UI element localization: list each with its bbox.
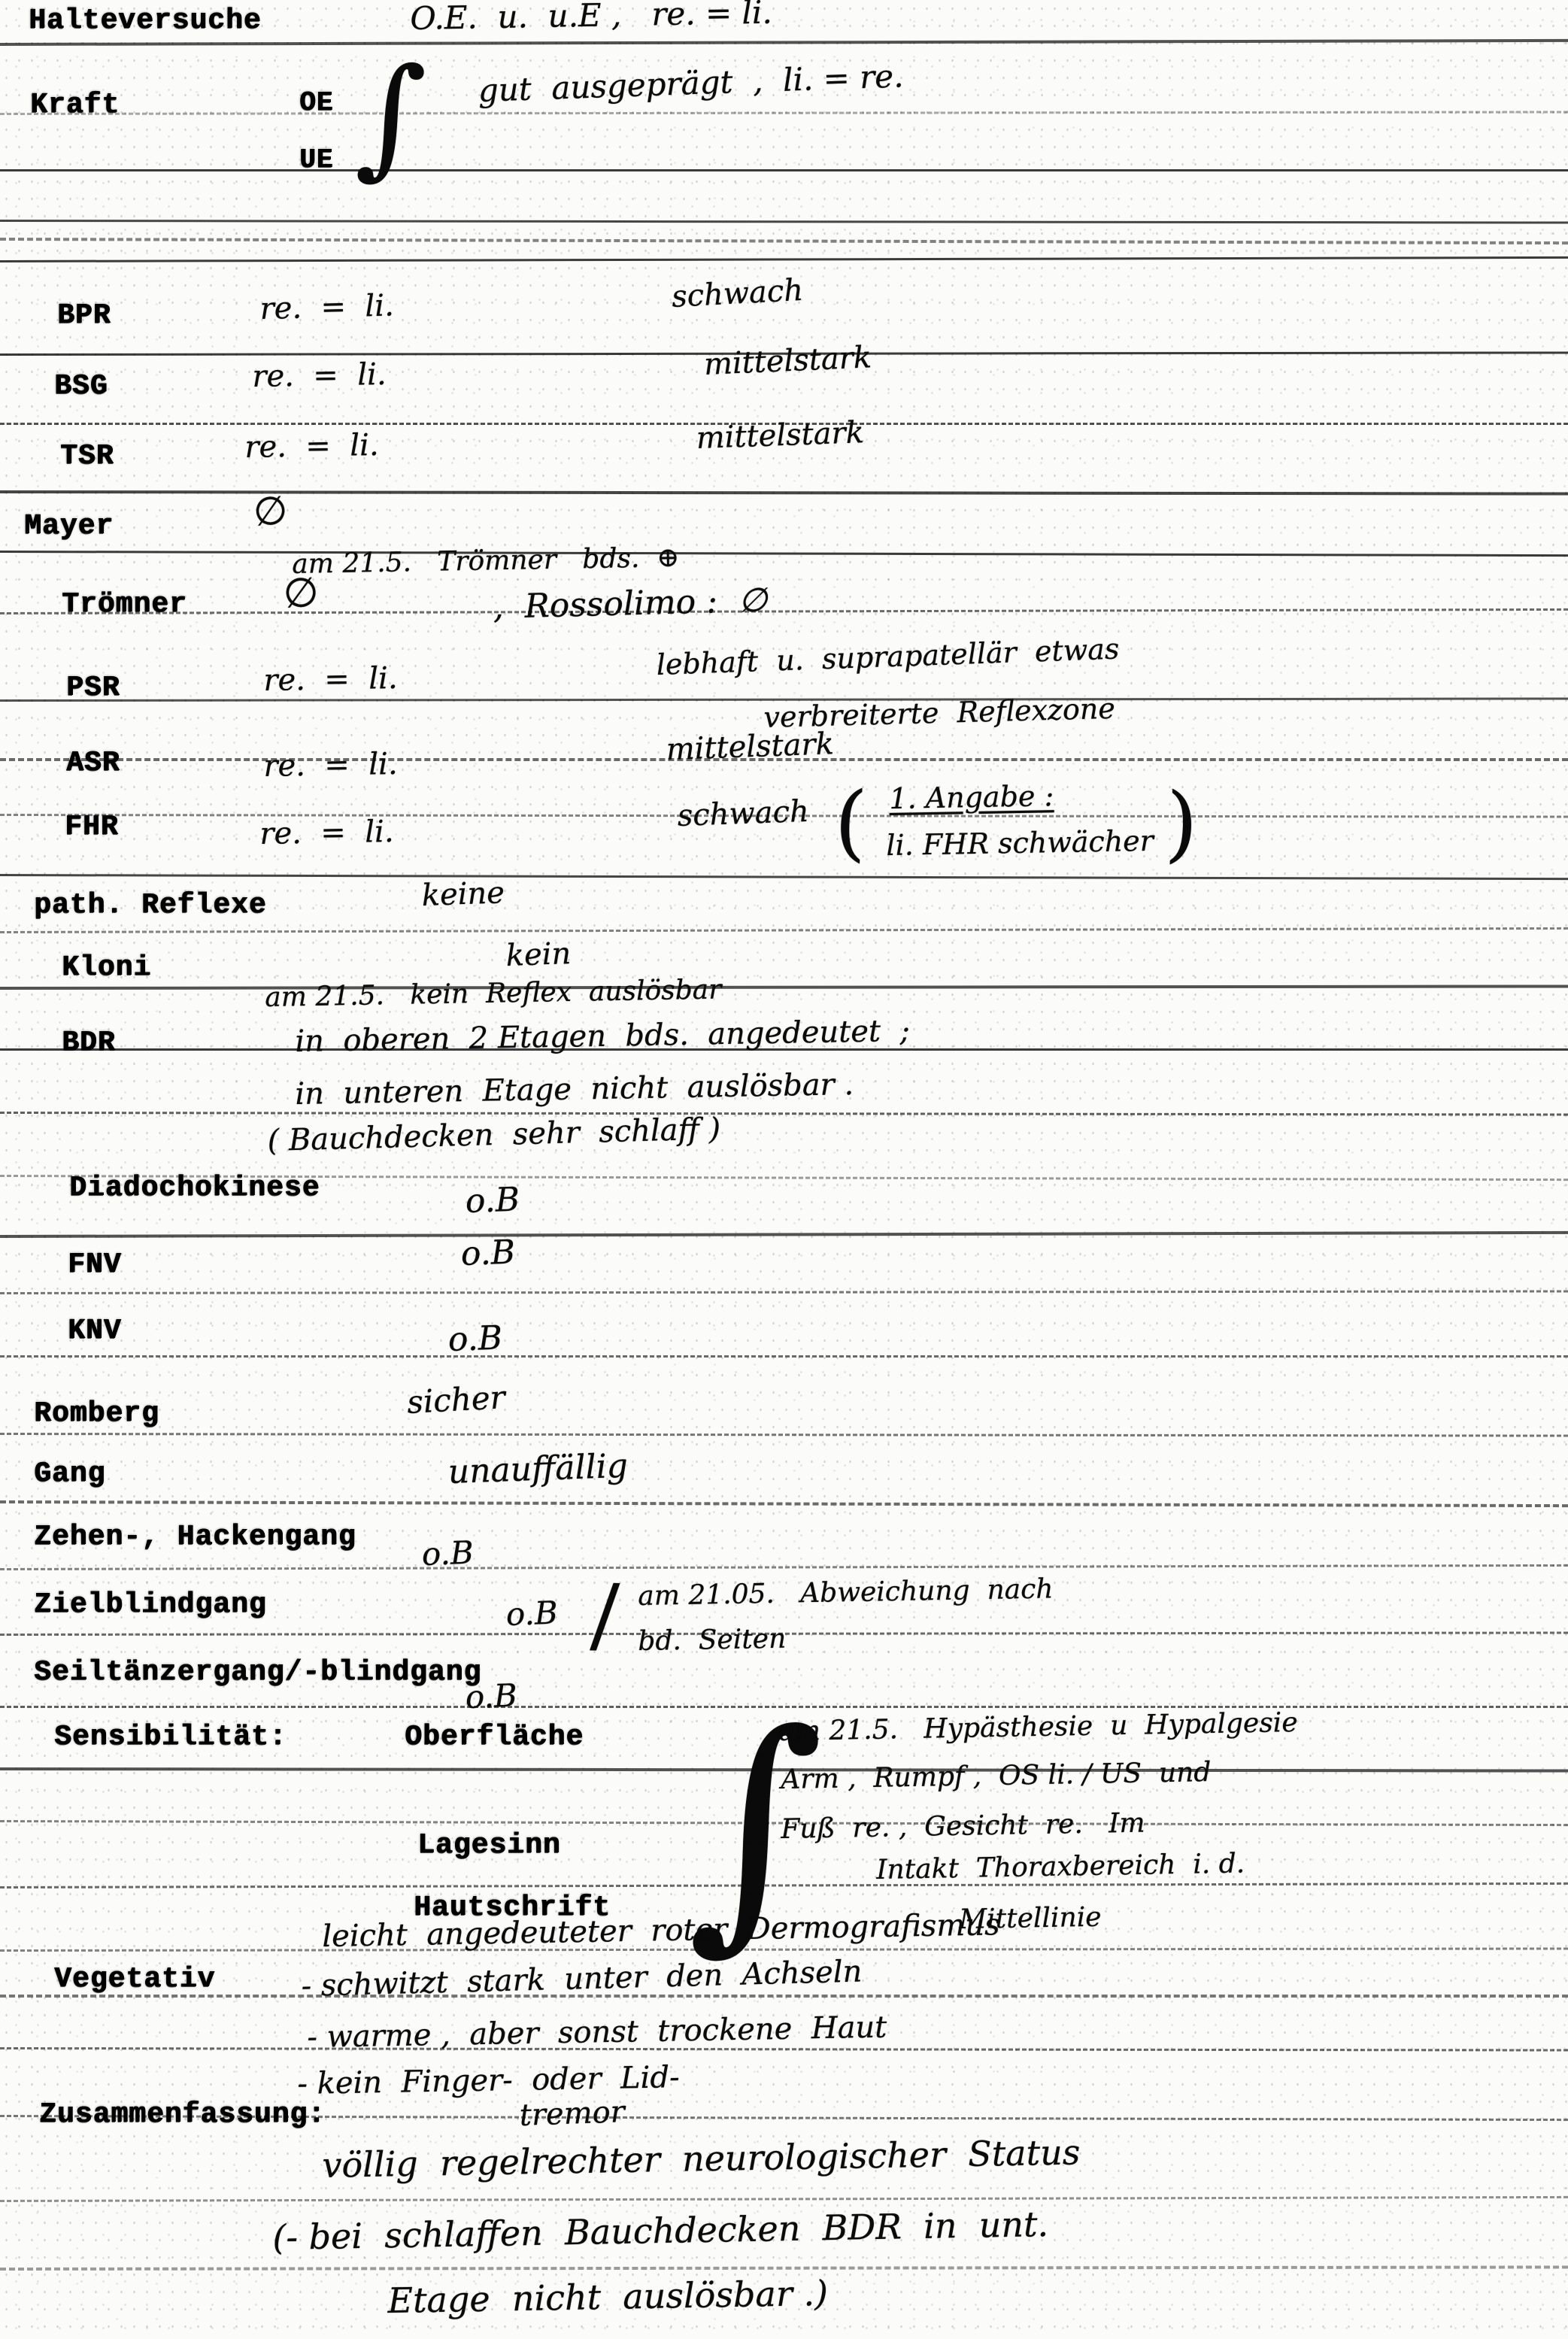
field-label-seiltaenzergang: Seiltänzergang/-blindgang: [34, 1656, 481, 1688]
fhr-note-angabe: 1. Angabe :: [889, 779, 1054, 815]
ruled-line: [0, 874, 1568, 880]
fhr-note-line2: li. FHR schwächer: [886, 824, 1154, 862]
ruled-line: [0, 2047, 1568, 2052]
ruled-line: [0, 1290, 1568, 1294]
field-label-fhr: FHR: [65, 811, 118, 843]
field-value-bdr-line3: ( Bauchdecken sehr schlaff ): [267, 1112, 721, 1158]
fhr-paren-close: ): [1164, 775, 1200, 872]
field-value-bdr-line2: in unteren Etage nicht auslösbar .: [295, 1067, 854, 1112]
field-label-troemner: Trömner: [62, 588, 187, 620]
field-label-kloni: Kloni: [62, 951, 151, 984]
zusammenfassung-line-2: Etage nicht auslösbar .): [387, 2273, 828, 2321]
field-value-fnv: o.B: [460, 1233, 516, 1273]
zusammenfassung-line-1: (- bei schlaffen Bauchdecken BDR in unt.: [272, 2204, 1048, 2258]
ruled-line: [0, 39, 1568, 46]
zielblindgang-slash: /: [590, 1566, 621, 1663]
field-value-fhr: re. = li.: [259, 815, 394, 851]
field-label-halteversuche: Halteversuche: [29, 5, 261, 37]
sensibilitaet-note-3: Intakt Thoraxbereich i. d.: [876, 1848, 1245, 1885]
field-label-bpr: BPR: [57, 299, 111, 332]
field-label-path-reflexe: path. Reflexe: [34, 889, 266, 921]
field-value-gang: unauffällig: [447, 1447, 629, 1491]
field-label-knv: KNV: [68, 1315, 121, 1347]
field-value-psr: re. = li.: [263, 661, 398, 698]
field-value-asr: re. = li.: [263, 747, 398, 784]
ruled-line: [0, 608, 1568, 614]
field-note2-zielblindgang: bd. Seiten: [638, 1624, 787, 1657]
ruled-line: [0, 1564, 1568, 1570]
field-note1-zielblindgang: am 21.05. Abweichung nach: [638, 1573, 1054, 1612]
field-value-zielblindgang: o.B: [505, 1594, 558, 1633]
field-note-bsg: mittelstark: [703, 340, 872, 382]
ruled-line: [0, 2196, 1568, 2202]
field-value-kloni: kein: [505, 936, 572, 973]
field-sublabel-oberflaeche: Oberfläche: [405, 1721, 584, 1753]
field-value-tsr: re. = li.: [244, 428, 379, 465]
field-value-seiltaenzergang: o.B: [465, 1677, 517, 1716]
vegetativ-line-overflow: tremor: [519, 2095, 626, 2133]
field-note-asr: mittelstark: [666, 727, 835, 767]
field-value-knv: o.B: [447, 1318, 503, 1358]
scanned-page: Halteversuche O.E. u. u.E , re. = li. Kr…: [0, 0, 1568, 2339]
field-label-kraft: Kraft: [30, 89, 120, 121]
field-value-path-reflexe: keine: [421, 875, 505, 913]
ruled-line: [0, 984, 1568, 990]
field-label-zielblindgang: Zielblindgang: [34, 1588, 266, 1621]
field-value-bsg: re. = li.: [252, 357, 387, 394]
field-label-asr: ASR: [66, 747, 120, 779]
sensibilitaet-note-0: am 21.5. Hypästhesie u Hypalgesie: [778, 1707, 1298, 1747]
field-note-troemner: , Rossolimo : ∅: [493, 581, 768, 626]
ruled-line: [0, 256, 1568, 262]
ruled-line: [0, 238, 1568, 244]
ruled-line: [0, 169, 1568, 171]
field-value-bdr-line1: in oberen 2 Etagen bds. angedeutet ;: [295, 1014, 910, 1059]
field-label-fnv: FNV: [68, 1248, 121, 1281]
field-sublabel-kraft-ue: UE: [299, 144, 333, 175]
ruled-line: [0, 1112, 1568, 1116]
field-label-psr: PSR: [66, 672, 120, 704]
zusammenfassung-line-0: völlig regelrechter neurologischer Statu…: [322, 2131, 1081, 2186]
ruled-line: [0, 490, 1568, 496]
field-value-kraft: gut ausgeprägt , li. = re.: [478, 57, 904, 109]
kraft-brace-icon: ∫: [354, 39, 428, 194]
sensibilitaet-note-1: Arm , Rumpf , OS li. / US und: [781, 1757, 1212, 1795]
field-value-bpr: re. = li.: [259, 288, 394, 326]
interline-troemner-note: am 21.5. Trömner bds. ⊕: [292, 542, 680, 580]
field-value-halteversuche: O.E. u. u.E , re. = li.: [410, 0, 772, 37]
field-label-lagesinn: Lagesinn: [417, 1829, 560, 1861]
field-note-psr: lebhaft u. suprapatellär etwas: [656, 633, 1120, 681]
field-value-troemner: ∅: [282, 569, 320, 617]
ruled-line: [0, 111, 1568, 115]
field-label-bdr: BDR: [62, 1027, 115, 1059]
field-label-sensibilitaet: Sensibilität:: [54, 1721, 287, 1753]
field-label-zehen-hackengang: Zehen-, Hackengang: [34, 1521, 356, 1553]
field-label-zusammenfassung: Zusammenfassung:: [39, 2098, 326, 2131]
field-note-fhr: schwach: [677, 794, 809, 833]
field-note-tsr: mittelstark: [696, 415, 865, 456]
ruled-line: [0, 1995, 1568, 1998]
ruled-line: [0, 927, 1568, 933]
ruled-line: [0, 551, 1568, 557]
ruled-line: [0, 2265, 1568, 2271]
ruled-line: [0, 1231, 1568, 1238]
field-label-romberg: Romberg: [34, 1397, 159, 1430]
ruled-line: [0, 220, 1568, 224]
field-value-mayer: ∅: [252, 488, 289, 535]
interline-bdr-note: am 21.5. kein Reflex auslösbar: [265, 974, 722, 1013]
field-label-tsr: TSR: [60, 440, 114, 472]
field-label-vegetativ: Vegetativ: [54, 1963, 215, 1995]
field-note-bpr: schwach: [671, 273, 804, 314]
field-value-diadochokinese: o.B: [465, 1180, 520, 1220]
field-label-diadochokinese: Diadochokinese: [69, 1172, 320, 1204]
field-label-bsg: BSG: [54, 370, 108, 402]
ruled-line: [0, 1433, 1568, 1437]
ruled-line: [0, 1355, 1568, 1358]
field-sublabel-kraft-oe: OE: [299, 87, 333, 118]
field-label-mayer: Mayer: [24, 510, 114, 542]
field-value-zehen-hackengang: o.B: [421, 1534, 474, 1573]
ruled-line: [0, 1500, 1568, 1507]
field-label-gang: Gang: [34, 1458, 105, 1490]
fhr-paren-open: (: [833, 773, 869, 870]
field-value-romberg: sicher: [406, 1379, 506, 1421]
sensibilitaet-note-2: Fuß re. , Gesicht re. Im: [781, 1808, 1145, 1845]
